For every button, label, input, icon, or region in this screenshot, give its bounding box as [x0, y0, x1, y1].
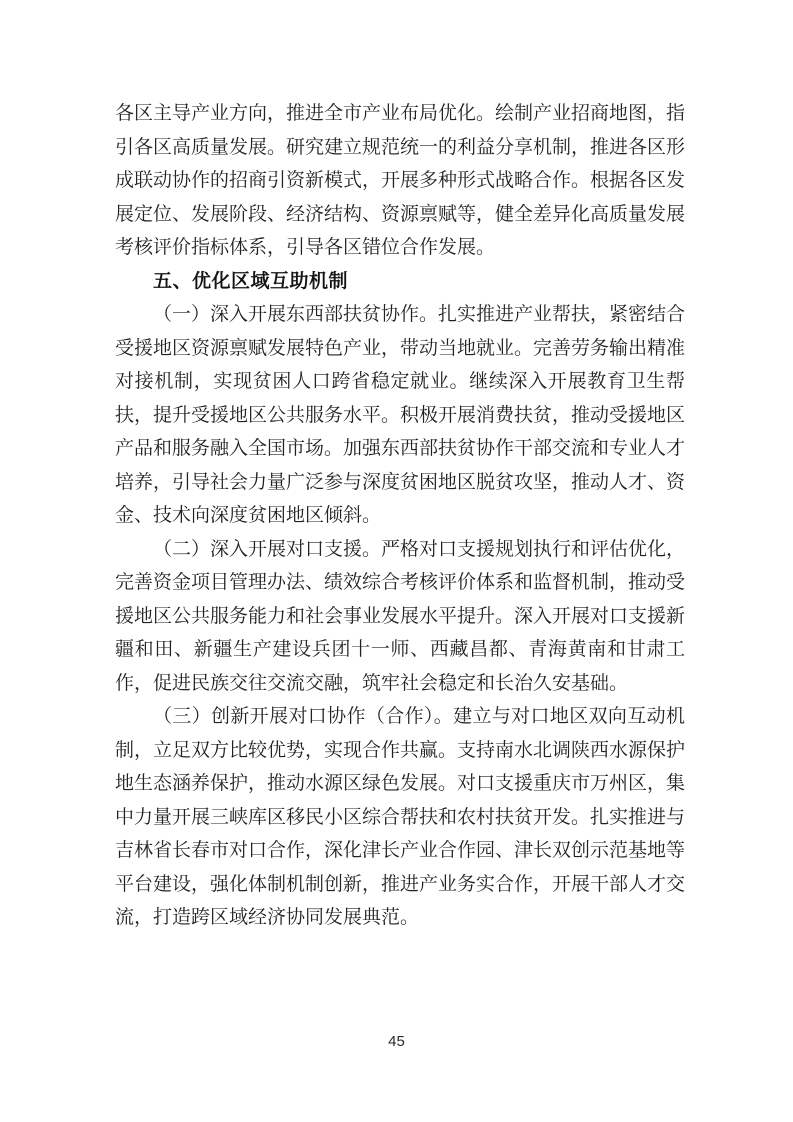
paragraph-item-three: （三）创新开展对口协作（合作）。建立与对口地区双向互动机制，立足双方比较优势，实… [115, 700, 685, 935]
paragraph-item-one: （一）深入开展东西部扶贫协作。扎实推进产业帮扶，紧密结合受援地区资源禀赋发展特色… [115, 298, 685, 533]
document-body: 各区主导产业方向，推进全市产业布局优化。绘制产业招商地图，指引各区高质量发展。研… [115, 97, 685, 935]
section-heading: 五、优化区域互助机制 [115, 265, 685, 299]
paragraph-item-two: （二）深入开展对口支援。严格对口支援规划执行和评估优化，完善资金项目管理办法、绩… [115, 533, 685, 701]
page-number: 45 [0, 1033, 793, 1050]
paragraph-continuation: 各区主导产业方向，推进全市产业布局优化。绘制产业招商地图，指引各区高质量发展。研… [115, 97, 685, 265]
document-page: 各区主导产业方向，推进全市产业布局优化。绘制产业招商地图，指引各区高质量发展。研… [0, 0, 793, 1122]
